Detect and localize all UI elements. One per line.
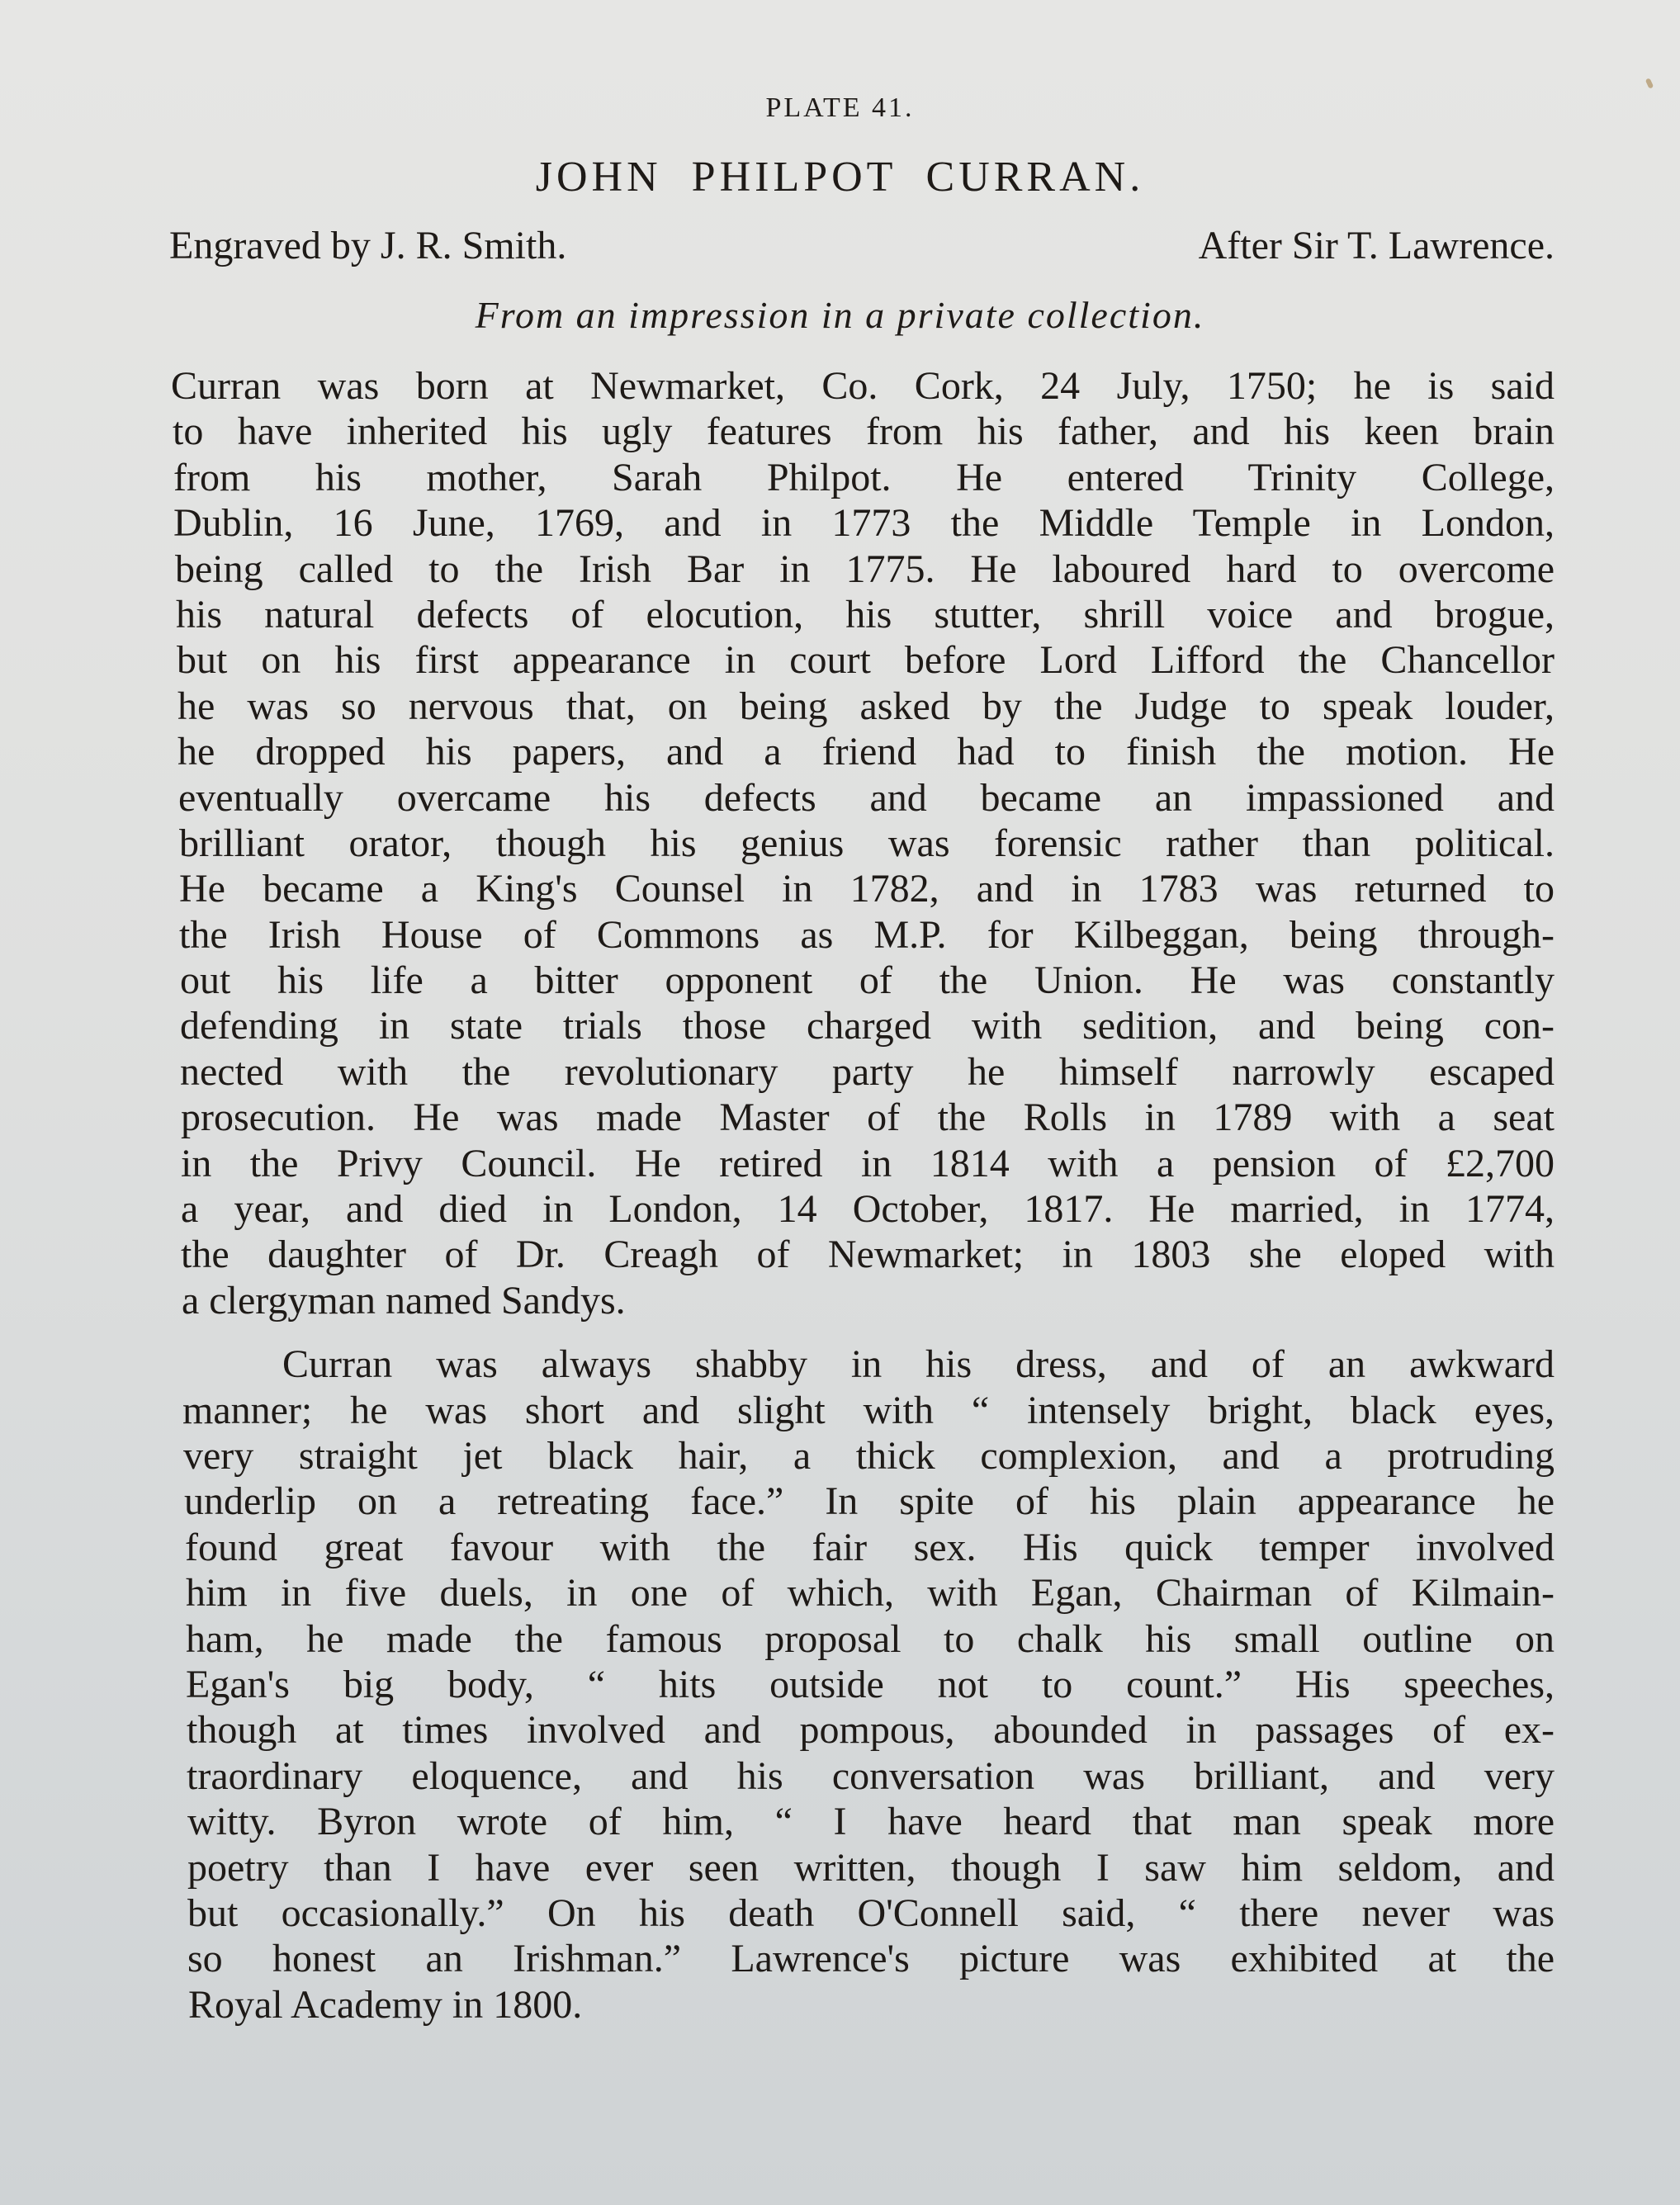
- text-line: underlip on a retreating face.” In spite…: [171, 1479, 1555, 1524]
- text-line: nected with the revolutionary party he h…: [171, 1049, 1555, 1095]
- text-line: poetry than I have ever seen written, th…: [171, 1845, 1555, 1890]
- text-line: a year, and died in London, 14 October, …: [171, 1186, 1555, 1232]
- text-line: prosecution. He was made Master of the R…: [171, 1095, 1555, 1140]
- text-line: brilliant orator, though his genius was …: [171, 821, 1555, 866]
- text-line: but occasionally.” On his death O'Connel…: [171, 1890, 1555, 1936]
- text-line: he dropped his papers, and a friend had …: [171, 729, 1555, 774]
- text-line: Curran was always shabby in his dress, a…: [171, 1341, 1555, 1387]
- text-line: a clergyman named Sandys.: [171, 1278, 1555, 1323]
- text-line: to have inherited his ugly features from…: [171, 409, 1555, 454]
- text-line: Dublin, 16 June, 1769, and in 1773 the M…: [171, 500, 1555, 546]
- text-line: ham, he made the famous proposal to chal…: [171, 1616, 1555, 1662]
- engraver-credit: Engraved by J. R. Smith.: [169, 223, 566, 268]
- text-line: being called to the Irish Bar in 1775. H…: [171, 547, 1555, 592]
- text-line: witty. Byron wrote of him, “ I have hear…: [171, 1799, 1555, 1844]
- text-line: from his mother, Sarah Philpot. He enter…: [171, 455, 1555, 500]
- text-line: though at times involved and pompous, ab…: [171, 1707, 1555, 1753]
- text-line: his natural defects of elocution, his st…: [171, 592, 1555, 637]
- credits-row: Engraved by J. R. Smith. After Sir T. La…: [169, 223, 1555, 268]
- text-line: very straight jet black hair, a thick co…: [171, 1433, 1555, 1479]
- page-title: JOHN PHILPOT CURRAN.: [0, 153, 1680, 201]
- plate-number: PLATE 41.: [0, 92, 1680, 124]
- painter-credit: After Sir T. Lawrence.: [1199, 223, 1555, 268]
- text-line: the Irish House of Commons as M.P. for K…: [171, 912, 1555, 958]
- text-line: but on his first appearance in court bef…: [171, 637, 1555, 683]
- biography-text: Curran was born at Newmarket, Co. Cork, …: [171, 363, 1555, 2028]
- text-line: He became a King's Counsel in 1782, and …: [171, 866, 1555, 911]
- text-line: so honest an Irishman.” Lawrence's pictu…: [171, 1936, 1555, 1981]
- text-line: he was so nervous that, on being asked b…: [171, 684, 1555, 729]
- text-line: him in five duels, in one of which, with…: [171, 1570, 1555, 1616]
- text-line: found great favour with the fair sex. Hi…: [171, 1525, 1555, 1570]
- source-note: From an impression in a private collecti…: [0, 293, 1680, 337]
- text-line: traordinary eloquence, and his conversat…: [171, 1753, 1555, 1799]
- text-line: Curran was born at Newmarket, Co. Cork, …: [171, 363, 1555, 409]
- text-line: Royal Academy in 1800.: [171, 1982, 1555, 2028]
- text-line: in the Privy Council. He retired in 1814…: [171, 1141, 1555, 1186]
- paragraph-1: Curran was born at Newmarket, Co. Cork, …: [171, 363, 1555, 1323]
- text-line: defending in state trials those charged …: [171, 1003, 1555, 1048]
- book-page: PLATE 41. JOHN PHILPOT CURRAN. Engraved …: [0, 0, 1680, 2205]
- text-line: manner; he was short and slight with “ i…: [171, 1388, 1555, 1433]
- text-line: the daughter of Dr. Creagh of Newmarket;…: [171, 1232, 1555, 1277]
- text-line: out his life a bitter opponent of the Un…: [171, 958, 1555, 1003]
- text-line: eventually overcame his defects and beca…: [171, 775, 1555, 821]
- paragraph-2: Curran was always shabby in his dress, a…: [171, 1341, 1555, 2028]
- text-line: Egan's big body, “ hits outside not to c…: [171, 1662, 1555, 1707]
- paper-speck: [1645, 78, 1654, 88]
